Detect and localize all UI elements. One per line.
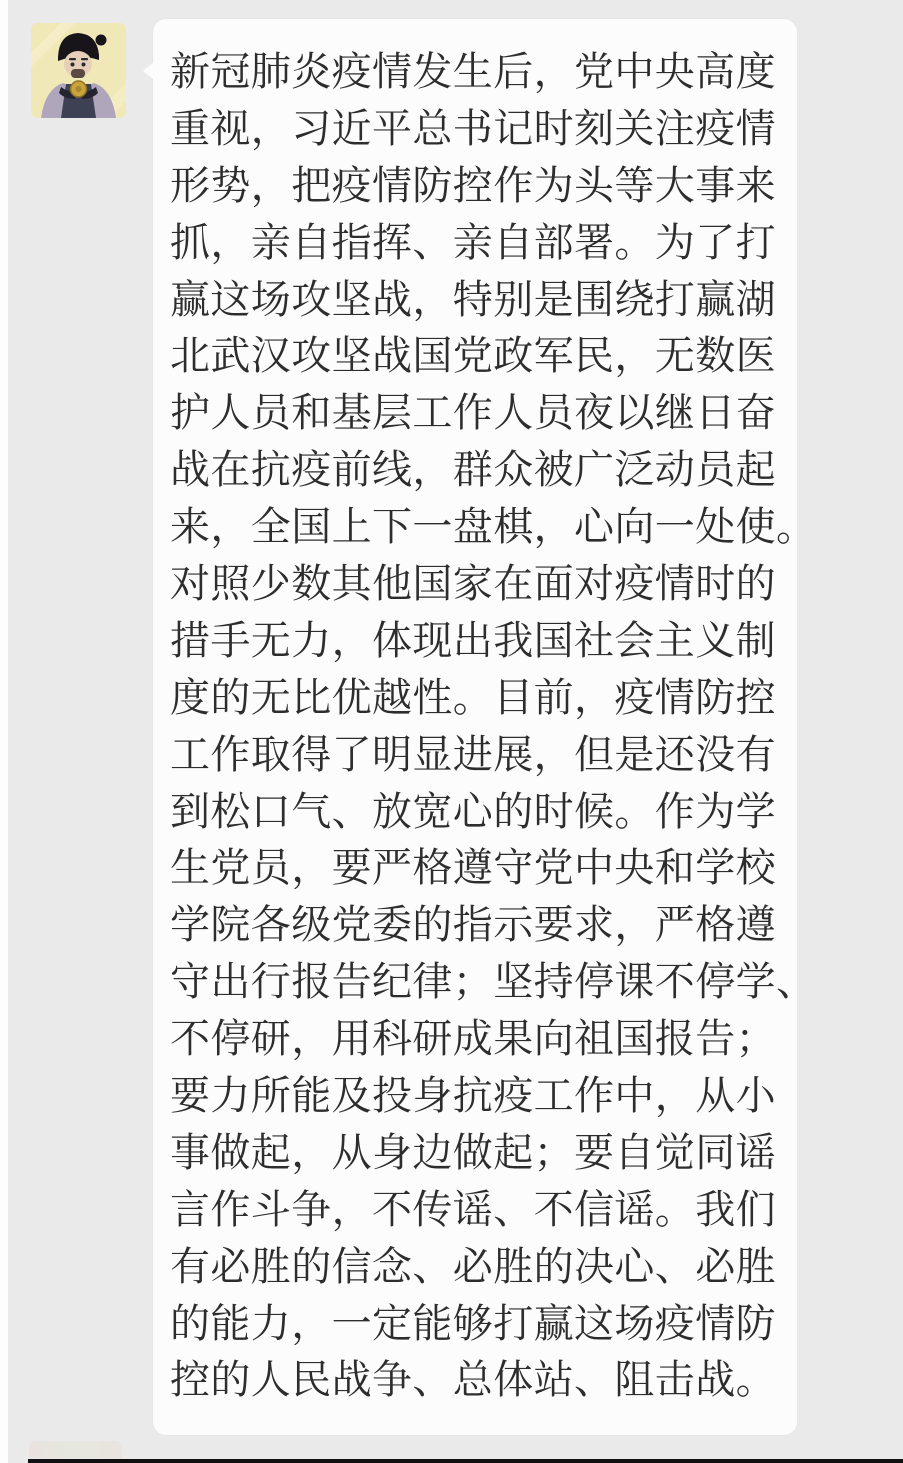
message-line: 对照少数其他国家在面对疫情时的: [170, 556, 791, 613]
message-line: 度的无比优越性。目前，疫情防控: [170, 670, 791, 727]
message-line: 重视，习近平总书记时刻关注疫情: [170, 101, 791, 158]
message-line: 言作斗争，不传谣、不信谣。我们: [170, 1182, 791, 1239]
message-line: 要力所能及投身抗疫工作中，从小: [170, 1068, 791, 1125]
message-line: 学院各级党委的指示要求，严格遵: [170, 897, 791, 954]
message-text: 新冠肺炎疫情发生后，党中央高度 重视，习近平总书记时刻关注疫情 形势，把疫情防控…: [153, 19, 797, 1409]
chat-screen: 新冠肺炎疫情发生后，党中央高度 重视，习近平总书记时刻关注疫情 形势，把疫情防控…: [0, 0, 903, 1463]
message-line: 事做起，从身边做起；要自觉同谣: [170, 1125, 791, 1182]
left-margin-strip: [0, 0, 8, 1463]
message-line: 不停研，用科研成果向祖国报告；: [170, 1011, 791, 1068]
message-line: 北武汉攻坚战国党政军民，无数医: [170, 328, 791, 385]
message-line: 守出行报告纪律；坚持停课不停学、: [170, 954, 791, 1011]
message-line: 来，全国上下一盘棋，心向一处使。: [170, 499, 791, 556]
message-bubble[interactable]: 新冠肺炎疫情发生后，党中央高度 重视，习近平总书记时刻关注疫情 形势，把疫情防控…: [153, 19, 797, 1435]
message-line: 赢这场攻坚战，特别是围绕打赢湖: [170, 272, 791, 329]
avatar-image-icon: [31, 23, 126, 118]
message-line: 有必胜的信念、必胜的决心、必胜: [170, 1239, 791, 1296]
message-line: 战在抗疫前线，群众被广泛动员起: [170, 442, 791, 499]
sender-avatar[interactable]: [31, 23, 126, 118]
message-line: 新冠肺炎疫情发生后，党中央高度: [170, 44, 791, 101]
message-line: 生党员，要严格遵守党中央和学校: [170, 840, 791, 897]
bubble-tail: [143, 62, 154, 80]
message-line: 措手无力，体现出我国社会主义制: [170, 613, 791, 670]
message-line: 抓，亲自指挥、亲自部署。为了打: [170, 215, 791, 272]
bottom-divider: [28, 1459, 903, 1463]
message-line: 的能力，一定能够打赢这场疫情防: [170, 1296, 791, 1353]
message-line: 控的人民战争、总体站、阻击战。: [170, 1352, 791, 1409]
message-line: 形势，把疫情防控作为头等大事来: [170, 158, 791, 215]
message-line: 到松口气、放宽心的时候。作为学: [170, 784, 791, 841]
message-line: 护人员和基层工作人员夜以继日奋: [170, 385, 791, 442]
next-avatar-peek: [29, 1441, 122, 1458]
message-line: 工作取得了明显进展，但是还没有: [170, 727, 791, 784]
